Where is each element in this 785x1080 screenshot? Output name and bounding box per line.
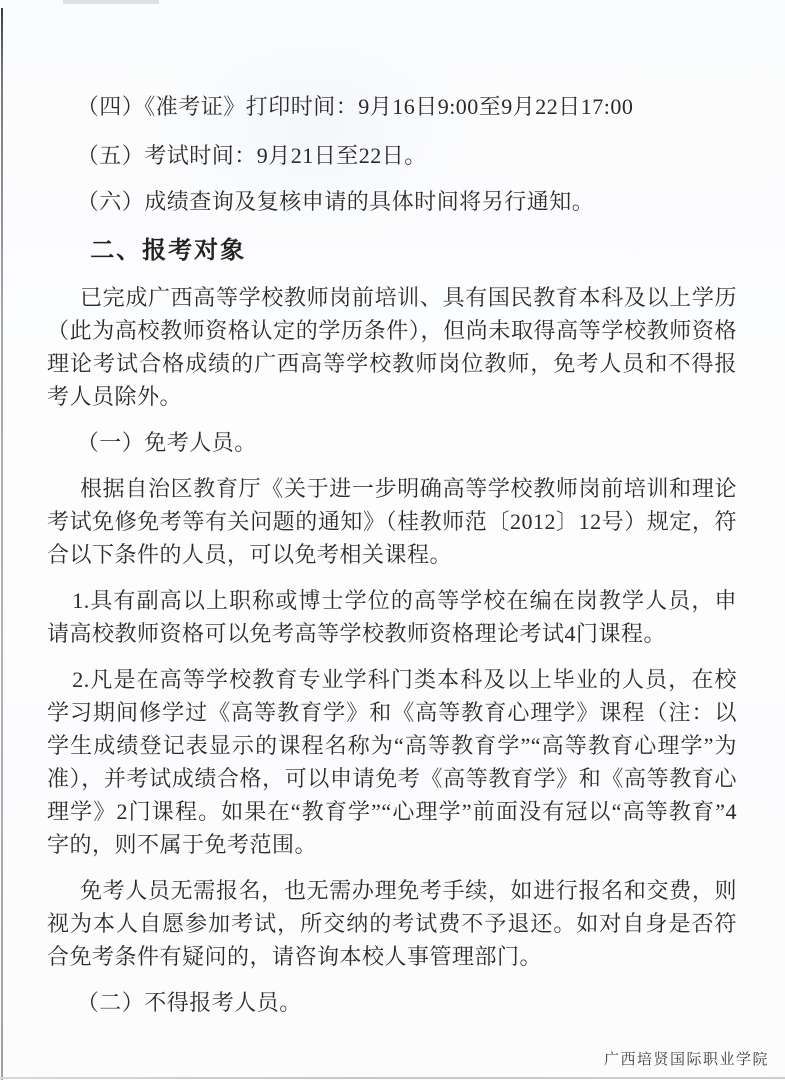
footer-school-name: 广西培贤国际职业学院: [604, 1048, 769, 1069]
paragraph-exemption-procedure-note: 免考人员无需报名，也无需办理免考手续，如进行报名和交费，则视为本人自愿参加考试，…: [47, 874, 737, 973]
numbered-item-senior-title-exemption: 1.具有副高以上职称或博士学位的高等学校在编在岗教学人员，申请高校教师资格可以免…: [47, 584, 737, 650]
list-item-exam-time: （五）考试时间：9月21日至22日。: [47, 139, 737, 172]
paragraph-exemption-basis: 根据自治区教育厅《关于进一步明确高等学校教师岗前培训和理论考试免修免考等有关问题…: [47, 472, 737, 571]
list-item-admission-ticket-print-time: （四）《准考证》打印时间：9月16日9:00至9月22日17:00: [47, 90, 737, 123]
numbered-item-education-major-exemption: 2.凡是在高等学校教育专业学科门类本科及以上毕业的人员，在校学习期间修学过《高等…: [47, 663, 737, 861]
paragraph-target-overview: 已完成广西高等学校教师岗前培训、具有国民教育本科及以上学历（此为高校教师资格认定…: [47, 281, 737, 413]
scan-bottom-edge-artifact: [0, 1077, 785, 1079]
section-heading-registration-targets: 二、报考对象: [47, 234, 737, 268]
page-sheet: （四）《准考证》打印时间：9月16日9:00至9月22日17:00 （五）考试时…: [0, 0, 785, 1080]
scan-top-edge-artifact: [63, 0, 159, 4]
list-item-not-allowed-personnel: （二）不得报考人员。: [47, 986, 737, 1019]
list-item-score-inquiry-notice: （六）成绩查询及复核申请的具体时间将另行通知。: [47, 185, 737, 218]
list-item-exempt-personnel: （一）免考人员。: [47, 426, 737, 459]
scan-left-edge-artifact: [1, 8, 3, 1080]
document-body: （四）《准考证》打印时间：9月16日9:00至9月22日17:00 （五）考试时…: [47, 90, 737, 1019]
